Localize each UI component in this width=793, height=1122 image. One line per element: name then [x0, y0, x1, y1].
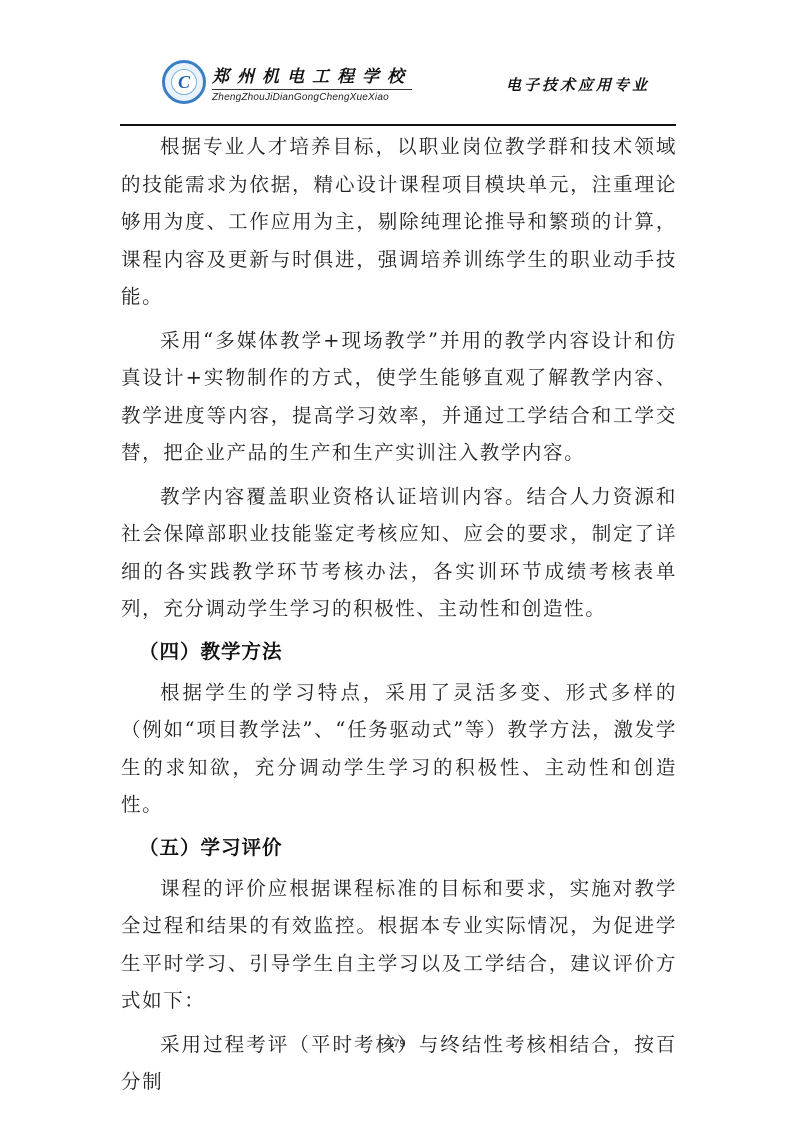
section-heading-learning-evaluation: （五）学习评价 [121, 830, 677, 866]
paragraph-5: 课程的评价应根据课程标准的目标和要求，实施对教学全过程和结果的有效监控。根据本专… [121, 870, 677, 1020]
school-name-block: 郑州机电工程学校 ZhengZhouJiDianGongChengXueXiao [212, 62, 412, 103]
paragraph-1: 根据专业人才培养目标，以职业岗位教学群和技术领域的技能需求为依据，精心设计课程项… [121, 128, 677, 316]
school-name-cn: 郑州机电工程学校 [212, 62, 412, 90]
paragraph-6: 采用过程考评（平时考核）与终结性考核相结合，按百分制 [121, 1026, 677, 1101]
school-logo-icon: C [162, 60, 206, 104]
section-heading-teaching-methods: （四）教学方法 [121, 634, 677, 670]
school-name-en: ZhengZhouJiDianGongChengXueXiao [212, 92, 412, 103]
major-title: 电子技术应用专业 [506, 74, 650, 95]
page-number: 179 [0, 1038, 793, 1050]
school-branding: C 郑州机电工程学校 ZhengZhouJiDianGongChengXueXi… [162, 60, 412, 104]
logo-glyph: C [171, 69, 197, 95]
paragraph-4: 根据学生的学习特点，采用了灵活多变、形式多样的（例如“项目教学法”、“任务驱动式… [121, 674, 677, 824]
page-header: C 郑州机电工程学校 ZhengZhouJiDianGongChengXueXi… [120, 54, 676, 124]
paragraph-2: 采用“多媒体教学+现场教学”并用的教学内容设计和仿真设计+实物制作的方式，使学生… [121, 322, 677, 472]
header-divider [120, 124, 676, 126]
paragraph-3: 教学内容覆盖职业资格认证培训内容。结合人力资源和社会保障部职业技能鉴定考核应知、… [121, 478, 677, 628]
document-body: 根据专业人才培养目标，以职业岗位教学群和技术领域的技能需求为依据，精心设计课程项… [121, 128, 677, 1107]
